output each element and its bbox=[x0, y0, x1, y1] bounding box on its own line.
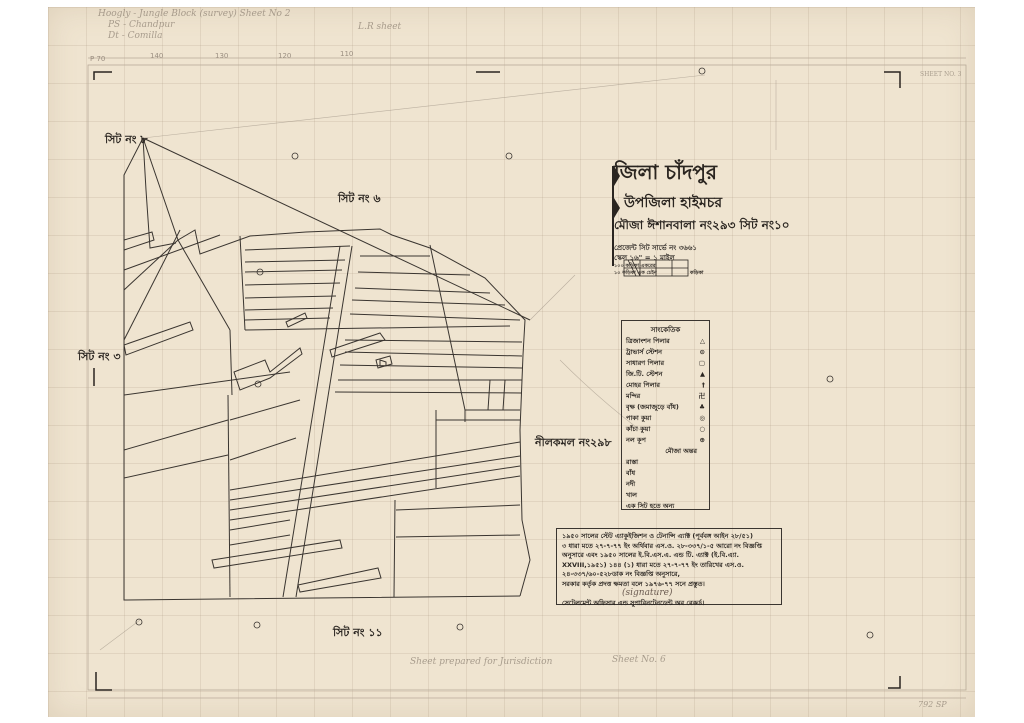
kutcha-well-icon: ○ bbox=[699, 424, 705, 435]
pencil-note: Sheet prepared for Jurisdiction bbox=[410, 657, 552, 667]
tubewell-icon: ⊕ bbox=[700, 435, 705, 446]
survey-note: প্রেজেন্ট সিট সার্ভে নং ৩৬৬১ bbox=[614, 243, 804, 253]
legend-line: বাঁধ bbox=[626, 468, 705, 479]
adjacent-sheet-north: সিট নং ৬ bbox=[338, 190, 381, 209]
grid-number: 140 bbox=[150, 52, 163, 60]
legend-item: মন্দির卍 bbox=[626, 391, 705, 402]
scale-text: স্কেল ১৬" = ১ মাইল bbox=[614, 253, 804, 263]
legend-item: ত্রিজাংশন পিলার△ bbox=[626, 336, 705, 347]
scale-note-1: ১০০ কড়িকা একরের bbox=[614, 263, 804, 270]
pencil-note: Hoogly - Jungle Block (survey) Sheet No … bbox=[98, 9, 291, 19]
pucca-well-icon: ◎ bbox=[699, 413, 705, 424]
adjacent-sheet-east: নীলকমল নং২৯৮ bbox=[535, 434, 611, 453]
grid-number: 110 bbox=[340, 50, 353, 58]
scale-note-2: ১০ কড়িকা এক চেইন bbox=[614, 270, 804, 277]
signature: (signature) bbox=[622, 589, 776, 599]
stamp-number: 792 SP bbox=[918, 700, 947, 709]
legend-item: মোহর পিলার† bbox=[626, 380, 705, 391]
scale-bar-label: কড়িকা bbox=[690, 270, 703, 278]
certification-note: ১৯৫০ সালের স্টেট এ্যাকুইজিশন ও টেনান্সি … bbox=[556, 528, 782, 605]
gt-station-icon: ▲ bbox=[700, 369, 705, 380]
legend-line: নদী bbox=[626, 479, 705, 490]
district-title: জিলা চাঁদপুর bbox=[614, 158, 804, 191]
pencil-note: Sheet No. 6 bbox=[612, 655, 666, 665]
pencil-note: PS - Chandpur bbox=[108, 20, 174, 30]
legend-subheader: মৌজা অন্তর bbox=[626, 446, 697, 457]
pillar-icon: ▢ bbox=[699, 358, 705, 369]
adjacent-sheet-south: সিট নং ১১ bbox=[333, 624, 383, 643]
legend-line: রাস্তা bbox=[626, 457, 705, 468]
note-line: ৩ ধারা মতে ২৭-৭-৭৭ ইং অর্থিবার এস.ও. ২৮-… bbox=[562, 542, 776, 552]
note-line: XXVIII,১৯৫১) ১৪৪ (১) ধারা মতে ২৭-৭-৭৭ ইং… bbox=[562, 561, 776, 571]
triangle-icon: △ bbox=[700, 336, 705, 347]
mouza-title: মৌজা ঈশানবালা নং২৯৩ সিট নং১০ bbox=[614, 217, 804, 237]
legend-item: কাঁচা কুয়া○ bbox=[626, 424, 705, 435]
tree-icon: ♣ bbox=[699, 402, 705, 413]
boundary-pillar-icon: † bbox=[702, 380, 705, 391]
pencil-note: Dt - Comilla bbox=[108, 31, 162, 41]
note-line: ২৪-৩৩৭/৬০-৫২৮ডাক নং বিজ্ঞপ্তি অনুসারে, bbox=[562, 570, 776, 580]
cadastral-map-drawing bbox=[0, 0, 1024, 723]
legend-item: সাধারণ পিলার▢ bbox=[626, 358, 705, 369]
grid-number: 130 bbox=[215, 52, 228, 60]
title-block: জিলা চাঁদপুর উপজিলা হাইমচর মৌজা ঈশানবালা… bbox=[614, 158, 804, 277]
legend-item: নল কূপ⊕ bbox=[626, 435, 705, 446]
adjacent-sheet-west: সিট নং ৩ bbox=[78, 348, 121, 367]
legend-title: সাংকেতিক bbox=[626, 324, 705, 336]
note-footer: সেটেলমেন্ট অফিসার এন্ড সুপারিনটেনডেন্ট অ… bbox=[562, 599, 776, 609]
legend-item: পাকা কুয়া◎ bbox=[626, 413, 705, 424]
legend-line: খাল bbox=[626, 490, 705, 501]
pencil-note: L.R sheet bbox=[358, 22, 401, 32]
grid-number: P 70 bbox=[90, 55, 105, 63]
temple-icon: 卍 bbox=[699, 391, 706, 402]
map-legend: সাংকেতিক ত্রিজাংশন পিলার△ ট্রাভার্স স্টে… bbox=[621, 320, 710, 510]
upazila-title: উপজিলা হাইমচর bbox=[624, 191, 804, 215]
note-line: অনুসারে এবং ১৯৫০ সালের ই.বি.এস.এ. এন্ড ট… bbox=[562, 551, 776, 561]
grid-number: 120 bbox=[278, 52, 291, 60]
legend-item: বৃক্ষ (জমাজুড়ে বাঁধ)♣ bbox=[626, 402, 705, 413]
sheet-number-text: SHEET NO. 3 bbox=[920, 71, 961, 78]
legend-line: এক সিট হতে অন্য bbox=[626, 501, 705, 512]
legend-item: ট্রাভার্স স্টেশন⊙ bbox=[626, 347, 705, 358]
traverse-station-icon: ⊙ bbox=[700, 347, 705, 358]
note-line: ১৯৫০ সালের স্টেট এ্যাকুইজিশন ও টেনান্সি … bbox=[562, 532, 776, 542]
adjacent-sheet-nw: সিট নং ৮ bbox=[105, 131, 148, 150]
legend-item: জি.টি. স্টেশন▲ bbox=[626, 369, 705, 380]
